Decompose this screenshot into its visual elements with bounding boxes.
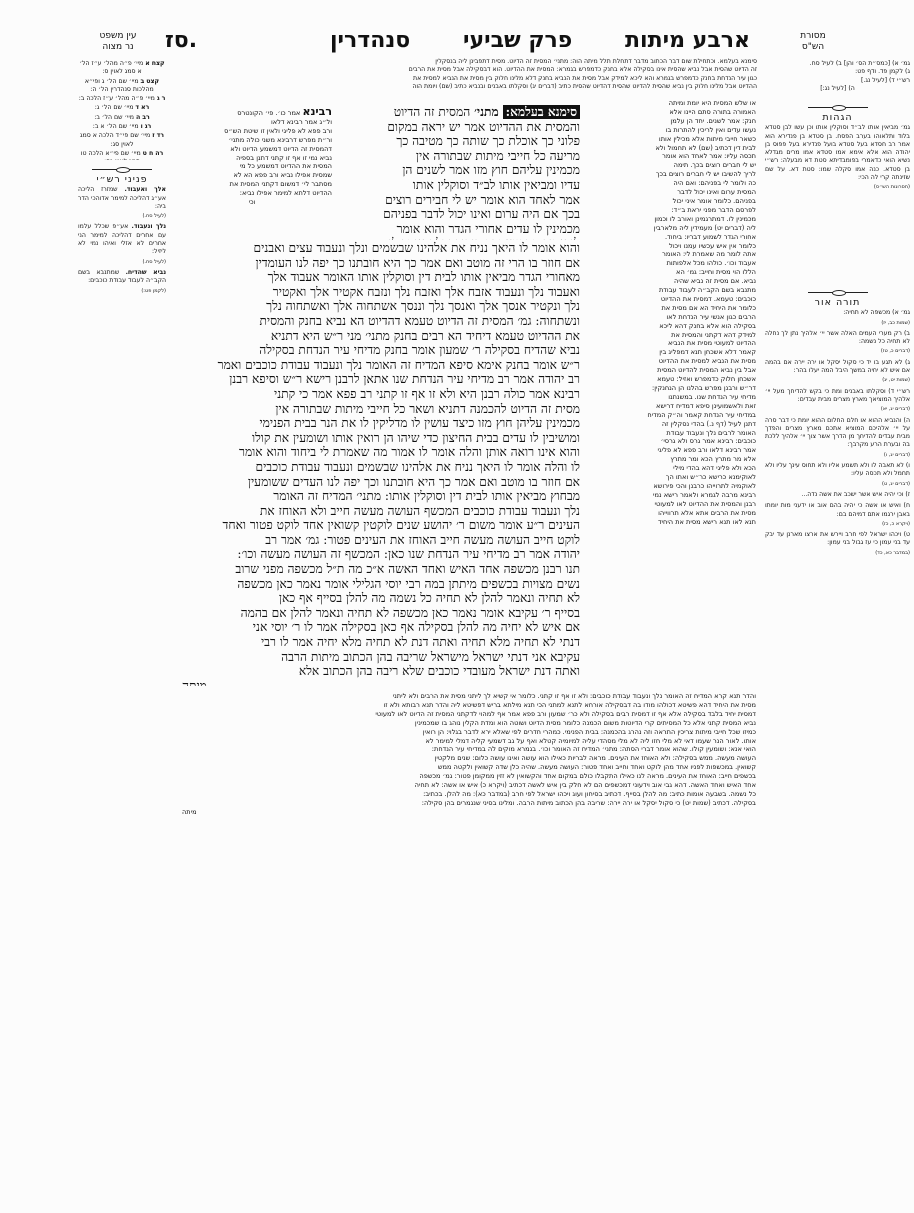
tosafot-line: תכסה עליו: אמר לאחד הוא אומר [588, 152, 756, 161]
ein-mishpat-item: קצח א מיי׳ פ״ה מהל׳ ע״ז הל׳ א סמג לאוין … [78, 60, 166, 77]
page-title: ארבע מיתות פרק שביעי סנהדרין [330, 28, 750, 58]
entry-head: נביא שהדיח. [126, 269, 166, 276]
tosafot-line: ההדיוט למעוטי מסית את הנביא [588, 339, 756, 348]
item-mark: קצט [146, 78, 159, 85]
hagahot-ref: (חסרונות הש״ס) [765, 183, 910, 191]
mishnah-marker: מתני׳ [474, 105, 499, 119]
hagahot-text: גמ׳ מביאין אותו לב״ד וסוקלין אותו וכן עש… [765, 124, 910, 182]
gemara-line: והוא אינו רואה אותן והלה אומר לו אמור מה… [172, 445, 580, 460]
tosafot-line: מדיחי עיר הנדחת שנו. במשנתנו [588, 393, 756, 402]
verse-ref: (שמות יט, יג) [765, 376, 910, 384]
gemara-line: אם איש לא יחיה מה להלן בסקילה אף כאן בסק… [172, 620, 580, 635]
hagahot-column: הגהות גמ׳ מביאין אותו לב״ד וסוקלין אותו … [765, 100, 910, 285]
gemara-line: תנו רבנן מכשפה אחד האיש ואחד האשה א״כ מה… [172, 562, 580, 577]
tosafot-line: נעשו עדים ואין לריכין להתרות בו [588, 126, 756, 135]
rashi-catchword: מיתה [172, 808, 756, 817]
gemara-line: והוא אומר לו היאך נניח את אלהינו שבשמים … [172, 241, 580, 256]
tosafot-column: או שלש המסית היא יומת ומיתה האמורה בתורה… [588, 99, 756, 687]
tosafot-line: למידק דהא דקתני והמסית את [588, 331, 756, 340]
tosafot-line: בפניהם. כלומר אומר איני יכול [588, 197, 756, 206]
gemara-line: לוקט חייב העושה מעשה חייב האוחז את העיני… [172, 533, 580, 548]
tosafot-line: לבית דין דכתיב (שם) לא תחמול ולא [588, 144, 756, 153]
gemara-line: ואתה דנת ישראל מעובדי כוכבים שלא ריבה בה… [172, 664, 580, 679]
tosafot-line: לריך להשיבו יש לי חברים רוצים בכך [588, 170, 756, 179]
ein-mishpat-column: קצח א מיי׳ פ״ה מהל׳ ע״ז הל׳ א סמג לאוין … [78, 60, 166, 160]
verse-text: ג) לא תגע בו יד כי סקול יסקל או ירה יירה… [765, 359, 910, 374]
label-line: הש"ס [778, 42, 848, 53]
mishnah-opening: המסית זה הדיוט [394, 105, 471, 119]
tosafot-line: המסית ערום ואינו יכול לדבר [588, 188, 756, 197]
rashi-line: סימנא בעלמא. וכתחילת שום דבר הכתוב מדבר … [172, 58, 757, 66]
verse-ref: (דברים כ, טז) [765, 347, 910, 355]
comment-line: המסית את ההדיוט דמשמע כל מי [172, 162, 332, 171]
gemara-line: אם חוזר בו הרי זה מוטב ואם אמר כך היא חו… [172, 256, 580, 271]
ein-mishpat-label: עין משפט נר מצוה [88, 31, 148, 61]
item-mark: רד [157, 132, 164, 139]
tosafot-line: כלומר אין איש עכשיו עמנו ויכול [588, 242, 756, 251]
tosafot-line: בסקילה הוא אלא בחנק דהא ליכא [588, 322, 756, 331]
label-line: מסורת [778, 31, 848, 42]
torah-or-entry: ח) ואיש או אשה כי יהיה בהם אוב או ידעני … [765, 502, 910, 528]
item-letter: ח ט [143, 150, 154, 157]
masoret-line: רש״י ד) [לעיל נג.] [765, 77, 910, 85]
gemara-line: ואעבוד נלך ונעבוד אזבח אלך ואזבח נלך ונז… [172, 285, 580, 300]
entry-ref: (לעיל סח.) [78, 258, 166, 266]
gemara-line: אם חוזר בו מוטב ואם אמר כך היא חובתנו וכ… [172, 475, 580, 490]
tosafot-line: לאוקמיה לתרוייהו כרבנן והכי פירושא [588, 482, 756, 491]
ein-mishpat-item: רא ד מיי׳ שם הל׳ ג: [78, 104, 166, 112]
rashi-line: בכשפים חייב: האוחז את העינים. מראה לנו כ… [172, 772, 756, 781]
masoret-line: ג) לקמן פד. ודף פט: [765, 68, 910, 76]
item-text: מיי׳ שם פי״ד הלכה א סמג לאוין סג: [80, 132, 150, 147]
item-letter: ב [141, 78, 145, 85]
item-letter: ה [136, 114, 140, 121]
gemara-line: דנתי לא תחיה מלא תחיה ואתה דנת לא תחיה מ… [172, 635, 580, 650]
gemara-line: מריעה כל חייבי מיתות שבתורה אין [340, 149, 580, 164]
rashi-top-band: סימנא בעלמא. וכתחילת שום דבר הכתוב מדבר … [172, 58, 757, 98]
tosafot-line: מתנבא בשם הקב״ה לעבוד עבודת [588, 286, 756, 295]
entry-head: נלך ונעבוד. [132, 223, 166, 230]
gemara-line: לו אמור מה שאמרת ביחוד והלה אומר לו [340, 236, 580, 240]
gemara-line: והמסית את ההדיוט אמר יש יראה במקום [340, 120, 580, 135]
gemara-line: נלך ונעבוד עבודת כוכבים המכשף העושה מעשה… [172, 504, 580, 519]
heading-rest: אמר כו׳. פי׳ הקונטרס [237, 109, 300, 117]
gemara-line: פלוני כך אוכלת כך שותה כך מטיבה כך [340, 134, 580, 149]
tosafot-line: רבינא מרבה לגמרא ולאמר רישא נמי [588, 491, 756, 500]
dibbur-hamatchil: רבינא [302, 108, 332, 118]
pnei-rashi-entry: אלך ואעבוד. שמזרז הליכה אע״ג דהליכה למימ… [78, 186, 166, 220]
comment-line: ורב פפא לא פליגי ולאין זו שיטת הש״ס [172, 127, 332, 136]
tosafot-line: אבל בין נביא המסית להדיוט המסית [588, 366, 756, 375]
tosafot-line: רבנן והמסית את ההדיוט לאו למעוטי [588, 500, 756, 509]
verse-text: ו) לא תאבה לו ולא תשמע אליו ולא תחוס עינ… [765, 462, 910, 477]
gemara-line: מסית זה הדיוט להכמנה דתניא ושאר כל חייבי… [172, 402, 580, 417]
tosafot-line: כוכבים: טעמא. דמסית את ההדיוט [588, 295, 756, 304]
gemara-line: מכמינין לו עדים אחורי הגדר והוא אומר [340, 222, 580, 237]
pnei-rashi-entry: נלך ונעבוד. אע״פ שכלל עלמו עם אחרים דהלי… [78, 223, 166, 265]
verse-ref: (שמות כב, יז) [765, 319, 910, 327]
ein-mishpat-item: רג ו מיי׳ שם הל׳ א ב: [78, 123, 166, 131]
gemara-line: בסייף ר׳ עקיבא אומר נאמר כאן מכשפה לא תח… [172, 606, 580, 621]
torah-or-column: תורה אור גמ׳ א) מכשפה לא תחיה:(שמות כב, … [765, 285, 910, 835]
tosafot-line: קאמר דלא אשכחן תנא דמפליג בין [588, 348, 756, 357]
rashi-line: קשואין. במכשפות לפניו אחד מהן לוקט ואחד … [172, 763, 756, 772]
item-text: מיי׳ שם הל׳ א ב: [93, 123, 139, 130]
verse-text: ח) ואיש או אשה כי יהיה בהם אוב או ידעני … [765, 502, 910, 517]
torah-or-entry: ה) והנביא ההוא או חלם החלום ההוא יומת כי… [765, 417, 910, 459]
tosafot-line: מסית את הרבים אתא אלא תרווייהו [588, 509, 756, 518]
tosafot-line: כה ולומר לי בפניהם: ואם היה [588, 179, 756, 188]
item-text: מיי׳ שם הל׳ ב: [94, 114, 134, 121]
gemara-opening-line: סימנא בעלמא: מתני׳ המסית זה הדיוט [340, 105, 580, 120]
talmud-page: מסורת הש"ס ארבע מיתות פרק שביעי סנהדרין … [0, 0, 914, 1213]
comment-line: ור״ת מפרש דרבינא משני כולה מתני׳ [172, 136, 332, 145]
torah-or-entry: ט) ויכהו ישראל לפי חרב ויירש את ארצו מאר… [765, 531, 910, 557]
gemara-line: מבחוץ מביאין אותו לבית דין וסוקלין אותו:… [172, 489, 580, 504]
gemara-line: מכמינין עליהם חוץ מזו אמר לשנים הן [340, 163, 580, 178]
torah-or-entry: ז) וכי יהיה איש אשר ישכב את אשה נדה... [765, 491, 910, 499]
masoret-line: גמ׳ א) [כמס״ת הס׳ והן] ב) לעיל סח. [765, 60, 910, 68]
item-text: מיי׳ שם פי״א הלכה טו סמג לאוין נח: [81, 150, 141, 160]
item-mark: קצח [152, 60, 165, 67]
tosafot-inner-column: רבינא אמר כו׳. פי׳ הקונטרס ול״ג אמר רבינ… [172, 108, 332, 233]
gemara-line: מאחורי הגדר מביאין אותו לבית דין וסוקלין… [172, 270, 580, 285]
tosafot-line: במדיחי עיר הנדחת קאמר וה״ק המדיח [588, 411, 756, 420]
ornament-divider-icon [92, 167, 152, 171]
tosafot-line: אמר רבינא דלאו ורב פפא לא פליגי [588, 446, 756, 455]
rashi-line: מסית את היחיד דהא פשיטא דכולהו מודו בה ד… [172, 701, 756, 710]
rashi-line: אותו. לאור הנר שעמו דאי לא מלי חזו ליה ל… [172, 737, 756, 746]
chapter-number: פרק שביעי [463, 28, 572, 58]
tosafot-line: הללו הוי מסית וחייב: גמ׳ הא [588, 268, 756, 277]
pnei-rashi-entry: נביא שהדיח. שמתנבא בשם הקב״ה לעבוד עבודת… [78, 269, 166, 295]
entry-head: אלך ואעבוד. [124, 186, 166, 193]
label-line: עין משפט [88, 31, 148, 42]
tosafot-line: דתנן לעיל (דף נ.) בהדי נסקלין זה [588, 420, 756, 429]
tosafot-line: האומר לרבים נלך ונעבוד עבודת [588, 429, 756, 438]
rashi-line: העושה מעשה. ממש בסקילה: ולא האוחז את העי… [172, 754, 756, 763]
verse-text: ז) וכי יהיה איש אשר ישכב את אשה נדה... [801, 491, 910, 498]
verse-ref: (במדבר כא, כד) [765, 549, 910, 557]
torah-or-entry: ו) לא תאבה לו ולא תשמע אליו ולא תחוס עינ… [765, 462, 910, 488]
item-mark: רב [142, 114, 150, 121]
ein-mishpat-item: רה ח ט מיי׳ שם פי״א הלכה טו סמג לאוין נח… [78, 150, 166, 160]
verse-text: ט) ויכהו ישראל לפי חרב ויירש את ארצו מאר… [765, 531, 910, 546]
tosafot-line: הכא ולא פליגי דהא בהדי מילי [588, 464, 756, 473]
gemara-line: ומושיבין לו עדים בבית החיצון כדי שיהו הן… [172, 431, 580, 446]
torah-or-entry: רש״י ד) וסקלתו באבנים ומת כי בקש להדיחך … [765, 388, 910, 414]
highlighted-catchphrase: סימנא בעלמא: [503, 105, 580, 119]
gemara-line: ונשתחוה: גמ׳ המסית זה הדיוט טעמא דהדיוט … [172, 314, 580, 329]
torah-or-entry: ג) לא תגע בו יד כי סקול יסקל או ירה יירה… [765, 359, 910, 385]
item-letter: ג [157, 95, 160, 102]
verse-text: ה) והנביא ההוא או חלם החלום ההוא יומת כי… [765, 417, 910, 449]
tosafot-line: האמורה בתורה סתם היינו אלא [588, 108, 756, 117]
item-letter: ז [152, 132, 154, 139]
gemara-line: יהודה אמר רב מדיחי עיר הנדחת שנו כאן: המ… [172, 547, 580, 562]
rashi-line: נביא המסית קתני אלא כל המסיתים קרי הדיוט… [172, 719, 756, 728]
torah-or-entry: גמ׳ א) מכשפה לא תחיה:(שמות כב, יז) [765, 309, 910, 327]
item-letter: א [145, 60, 150, 67]
tosafot-line: תנא לאו תנא רישא מסית את היחיד [588, 518, 756, 527]
rashi-bottom-block: והדר תנא קרא המדיח זה האומר נלך ונעבוד ע… [172, 692, 756, 832]
gemara-line: עקיבא אני דנתי ישראל מישראל שריבה בהן הכ… [172, 650, 580, 665]
catchword: וכי [172, 198, 332, 207]
gemara-line: בכך אם היה ערום ואינו יכול לדבר בפניהם [340, 207, 580, 222]
item-text: מיי׳ שם הל׳ ג ופי״א מהלכות סנהדרין הל׳ ה… [85, 78, 154, 93]
comment-line: ההדיוט דלתא למימר אפילו נביא: [172, 189, 332, 198]
gemara-line: נשים מצויות בכשפים מיתתן במה רבי יוסי הג… [172, 577, 580, 592]
gemara-line: מכמינין עליהן חוץ מזו כיצד עושין לו מדלי… [172, 416, 580, 431]
section-title: הגהות [765, 114, 910, 122]
tosafot-line: נביא. אם מסית זה נביא שהיה [588, 277, 756, 286]
tosafot-line: לאוקימנא כרישא כר״ש ואתו הך [588, 473, 756, 482]
verse-ref: (דברים יג, ו) [765, 451, 910, 459]
gemara-line: אמר לאחד הוא אומר יש לי חבירים רוצים [340, 193, 580, 208]
item-letter: ו [141, 123, 143, 130]
tractate-name: סנהדרין [330, 28, 410, 58]
tosafot-line: אלא מר מתרץ הכא ומר מתרץ [588, 455, 756, 464]
ein-mishpat-item: ר ג מיי׳ פ״ה מהל׳ ע״ז הלכה ב: [78, 95, 166, 103]
comment-line: דהמסית זה הדיוט דמשמע הדיוט ולא [172, 145, 332, 154]
label-line: נר מצוה [88, 42, 148, 53]
section-title: תורה אור [765, 299, 910, 307]
rashi-line: כגון עיר הנדחת בחנק כדמפרש בגמרא והא ליכ… [172, 75, 757, 83]
tosafot-line: או שלש המסית היא יומת ומיתה [588, 99, 756, 108]
gemara-line: לא תחיה ונאמר להלן לא תחיה כל נשמה מה לה… [172, 591, 580, 606]
masoret-hashas-column: גמ׳ א) [כמס״ת הס׳ והן] ב) לעיל סח. ג) לק… [765, 60, 910, 100]
tosafot-line: אחורי הגדר לשמוע דבריו: ביחוד. [588, 233, 756, 242]
masoret-line: ה) [לעיל נג:] [765, 85, 910, 93]
rashi-line: דמסית יחיד בלבד בסקילה אלא אף זו דמסית ר… [172, 710, 756, 719]
gemara-line: לו והלה אומר לו היאך נניח את אלהינו שבשמ… [172, 460, 580, 475]
item-text: מיי׳ שם הל׳ ג: [95, 104, 134, 111]
tosafot-line: חנק: אמר לשנים. יחד הן עלמן [588, 117, 756, 126]
item-mark: ר [162, 95, 166, 102]
rashi-line: זה הדיוט שהסית אבל נביא שהסית אינו בסקיל… [172, 66, 757, 74]
gemara-line: העינים ר״ע אומר משום ר׳ יהושע שנים לוקטי… [172, 518, 580, 533]
comment-line: מסתבר לי׳ דמשום דקתני המסית את [172, 180, 332, 189]
tosafot-line: כשאר חייבי מיתות אלא מכילין אותו [588, 135, 756, 144]
rashi-line: בסקילה. דכתיב (שמות יט) כי סקול יסקל או … [172, 799, 756, 808]
gemara-line: רב יהודה אמר רב מדיחי עיר הנדחת שנו אתאן… [172, 372, 580, 387]
rashi-line: כמיזו שכל חייבי מיתות צריכין התראה וזה נ… [172, 728, 756, 737]
tosafot-line: מכמינין לו. דמתרגמינן ואורב לו וכמון [588, 215, 756, 224]
rashi-line: והדר תנא קרא המדיח זה האומר נלך ונעבוד ע… [172, 692, 756, 701]
comment-line: שמסית אפילו נביא ורב פפא הא לא [172, 171, 332, 180]
tosafot-line: יש לי חברים רוצים בכך. תימה [588, 161, 756, 170]
verse-ref: (דברים יג, ט) [765, 480, 910, 488]
tosafot-line: כלומר את היחיד הא אם מסית את [588, 304, 756, 313]
gemara-top-block: סימנא בעלמא: מתני׳ המסית זה הדיוט והמסית… [340, 105, 580, 240]
masoret-hashas-label: מסורת הש"ס [778, 31, 848, 61]
verse-text: רש״י ד) וסקלתו באבנים ומת כי בקש להדיחך … [765, 388, 910, 403]
verse-ref: (דברים יג, יא) [765, 405, 910, 413]
gemara-catchword: מיתה [172, 679, 580, 686]
ornament-divider-icon [808, 290, 868, 294]
commentary-heading: רבינא אמר כו׳. פי׳ הקונטרס [172, 108, 332, 118]
torah-or-entry: ב) רק מערי העמים האלה אשר יי׳ אלהיך נתן … [765, 330, 910, 356]
tosafot-line: דר״ש ורבנן מפרש בהלנו הן הנחנקין: [588, 384, 756, 393]
verse-ref: (ויקרא כ, כז) [765, 520, 910, 528]
comment-line: ול״ג אמר רבינא דלאו [172, 118, 332, 127]
tosafot-line: אתה לומר מה שאמרת לי: האומר [588, 250, 756, 259]
folio-number: סז. [165, 28, 205, 58]
comment-line: נביא נמי זו אף זו קתני דתנן בספיה [172, 154, 332, 163]
gemara-line: את ההדיוט טעמא דיחיד הא רבים בחנק מתני׳ … [172, 329, 580, 344]
ein-mishpat-item: קצט ב מיי׳ שם הל׳ ג ופי״א מהלכות סנהדרין… [78, 78, 166, 95]
item-mark: רה [155, 150, 163, 157]
item-text: מיי׳ פ״ה מהל׳ ע״ז הלכה ב: [79, 95, 155, 102]
tosafot-line: אשכחן חלוק כדמפרש ואזיל: טעמא [588, 375, 756, 384]
gemara-line: נלך ונקטיר אנסך אלך ואנסך נלך וננסך אשתח… [172, 299, 580, 314]
tosafot-line: הרבים כגון אנשי עיר הנדחת לאו [588, 313, 756, 322]
section-title: פניני רש״י [78, 176, 166, 184]
pnei-rashi-column: פניני רש״י אלך ואעבוד. שמזרז הליכה אע״ג … [78, 162, 166, 302]
gemara-main-block: והוא אומר לו היאך נניח את אלהינו שבשמים … [172, 241, 580, 686]
rashi-line: ההדיוט אבל מלינו חלוק בין נביא שהסית להד… [172, 83, 757, 91]
tractate-chapter-title: ארבע מיתות [625, 28, 750, 58]
entry-ref: (לעיל סח.) [78, 212, 166, 220]
tosafot-line: לפרסם הדבר מפני יראת ב״ד: [588, 206, 756, 215]
item-mark: רא [141, 104, 149, 111]
rashi-line: אחד האיש ואחד האשה. דהא גבי אוב וידעוני … [172, 781, 756, 790]
tosafot-line: אעבוד וכו׳. כולהו מכל אלפותות [588, 259, 756, 268]
entry-ref: (לקמן פט:) [78, 287, 166, 295]
gemara-line: נביא שהדיח בסקילה ר׳ שמעון אומר בחנק מדי… [172, 343, 580, 358]
tosafot-line: זאת ולאשמועינן סיפא דמדיח דרישא [588, 402, 756, 411]
gemara-line: עדיו ומביאין אותו לב״ד וסוקלין אותו [340, 178, 580, 193]
ein-mishpat-item: רב ה מיי׳ שם הל׳ ב: [78, 114, 166, 122]
tosafot-line: כוכבים: רבינא אמר גרס ולא גרסי׳ [588, 437, 756, 446]
rashi-line: הואי אנא: ושומעין קולו. שהוא אומר דברי ה… [172, 745, 756, 754]
verse-text: ב) רק מערי העמים האלה אשר יי׳ אלהיך נתן … [765, 330, 910, 345]
gemara-line: רבינא אמר כולה רבנן היא ולא זו אף זו קתנ… [172, 387, 580, 402]
item-letter: ד [135, 104, 139, 111]
tosafot-line: ליה (דברים יט) מעמידין ליה מלארבין [588, 224, 756, 233]
ornament-divider-icon [808, 105, 868, 109]
item-text: מיי׳ פ״ה מהל׳ ע״ז הל׳ א סמג לאוין ס: [79, 60, 143, 75]
item-mark: רג [145, 123, 152, 130]
tosafot-line: מסית את הנביא למסית את ההדיוט [588, 357, 756, 366]
gemara-line: ר״ש אומר בחנק אימא סיפא המדיח זה האומר נ… [172, 358, 580, 373]
ein-mishpat-item: רד ז מיי׳ שם פי״ד הלכה א סמג לאוין סג: [78, 132, 166, 149]
rashi-line: כל נשמה. בשבעה אומות כתיב: מה להלן בסייף… [172, 790, 756, 799]
verse-text: גמ׳ א) מכשפה לא תחיה: [843, 309, 910, 316]
